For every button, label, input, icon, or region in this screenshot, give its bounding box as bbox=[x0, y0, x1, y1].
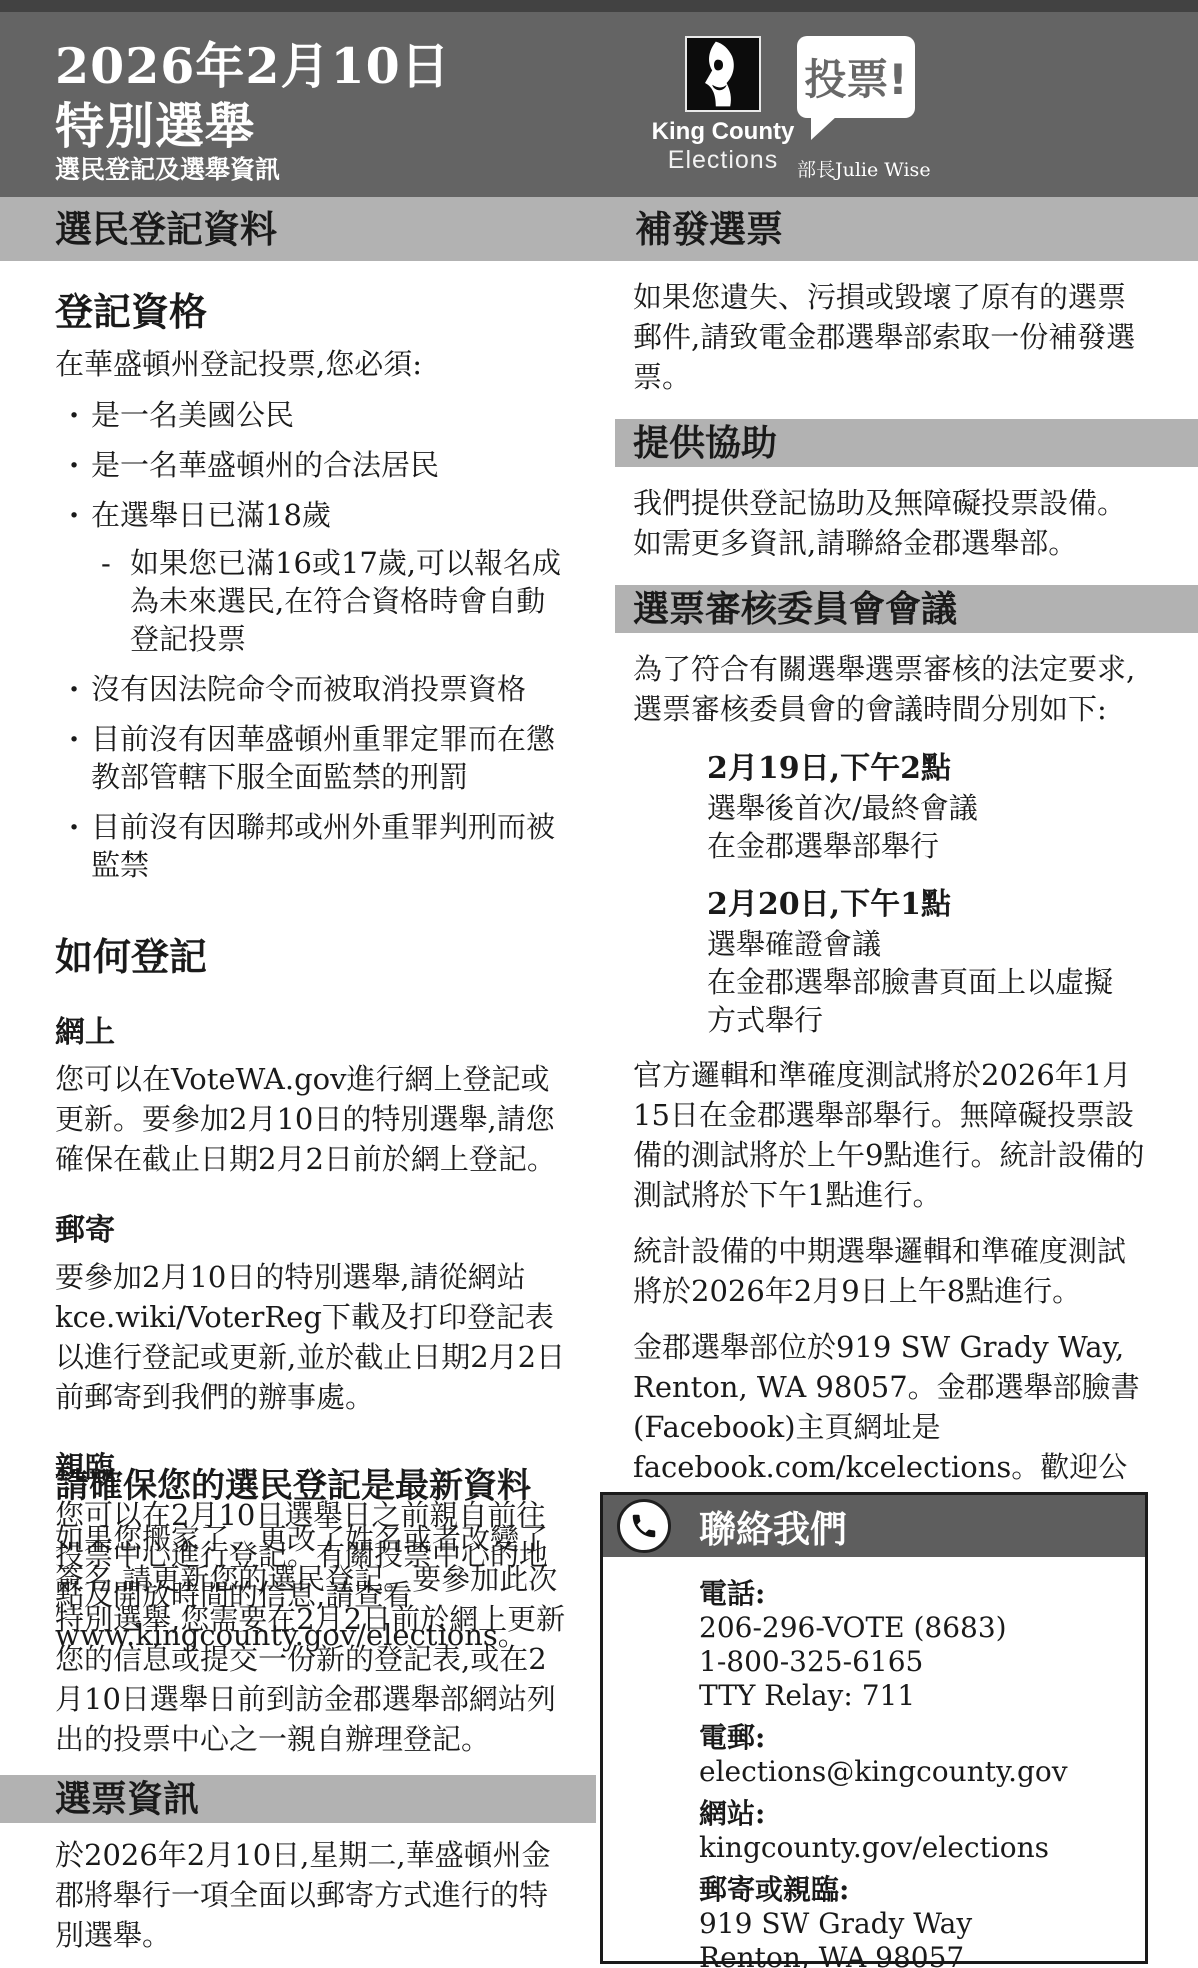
meeting-description: 選舉確證會議 bbox=[707, 925, 1131, 963]
assistance-text: 我們提供登記協助及無障礙投票設備。如需更多資訊,請聯絡金郡選舉部。 bbox=[633, 483, 1149, 563]
list-item: 是一名美國公民 bbox=[55, 396, 571, 434]
section-title-replacement-ballots: 補發選票 bbox=[635, 197, 783, 261]
keep-current-heading: 請確保您的選民登記是最新資料 bbox=[55, 1458, 596, 1507]
list-item: 在選舉日已滿18歲 bbox=[55, 496, 571, 534]
online-text: 您可以在VoteWA.gov進行網上登記或更新。要參加2月10日的特別選舉,請您… bbox=[55, 1059, 571, 1179]
section-title-voter-registration-info: 選民登記資料 bbox=[55, 197, 277, 261]
keep-current-text: 如果您搬家了、更改了姓名或者改變了簽名,請更新您的選民登記。要參加此次特別選舉,… bbox=[55, 1519, 571, 1759]
page-subtitle: 選民登記及選舉資訊 bbox=[55, 150, 280, 186]
contact-us-title: 聯絡我們 bbox=[699, 1499, 847, 1553]
director-name: 部長Julie Wise bbox=[797, 155, 967, 182]
contact-box: 聯絡我們 電話: 206-296-VOTE (8683) 1-800-325-6… bbox=[600, 1492, 1148, 1964]
meeting-entry: 2月20日,下午1點 選舉確證會議 在金郡選舉部臉書頁面上以虛擬方式舉行 bbox=[707, 885, 1131, 1039]
list-item: 是一名華盛頓州的合法居民 bbox=[55, 446, 571, 484]
flyer-page: 2026年2月10日 特別選舉 選民登記及選舉資訊 King County El… bbox=[0, 0, 1198, 1968]
phone-number: 206-296-VOTE (8683) bbox=[699, 1611, 1135, 1645]
meeting-datetime: 2月19日,下午2點 bbox=[707, 749, 1131, 789]
left-column: 登記資格 在華盛頓州登記投票,您必須: 是一名美國公民 是一名華盛頓州的合法居民… bbox=[55, 261, 571, 1655]
section-title-ballot-info: 選票資訊 bbox=[0, 1775, 596, 1823]
vote-speech-bubble: 投票! bbox=[797, 36, 915, 118]
right-column: 如果您遺失、污損或毀壞了原有的選票郵件,請致電金郡選舉部索取一份補發選票。 提供… bbox=[615, 261, 1198, 1567]
list-item: 目前沒有因華盛頓州重罪定罪而在懲教部管轄下服全面監禁的刑罰 bbox=[55, 720, 571, 796]
replacement-ballots-text: 如果您遺失、污損或毀壞了原有的選票郵件,請致電金郡選舉部索取一份補發選票。 bbox=[633, 277, 1149, 397]
phone-number: 1-800-325-6165 bbox=[699, 1645, 1135, 1679]
phone-icon bbox=[617, 1499, 671, 1553]
website-url: kingcounty.gov/elections bbox=[699, 1831, 1135, 1865]
tty-relay: TTY Relay: 711 bbox=[699, 1679, 1135, 1713]
eligibility-intro: 在華盛頓州登記投票,您必須: bbox=[55, 344, 571, 384]
logo-wordmark-elections: Elections bbox=[642, 146, 804, 175]
mail-heading: 郵寄 bbox=[55, 1205, 571, 1249]
midterm-test-text: 統計設備的中期選舉邏輯和準確度測試將於2026年2月9日上午8點進行。 bbox=[633, 1231, 1149, 1311]
ballot-info-text: 於2026年2月10日,星期二,華盛頓州金郡將舉行一項全面以郵寄方式進行的特別選… bbox=[55, 1835, 571, 1955]
address-line: 919 SW Grady Way bbox=[699, 1907, 1135, 1941]
list-item: 目前沒有因聯邦或州外重罪判刑而被監禁 bbox=[55, 808, 571, 884]
meeting-description: 選舉後首次/最終會議 bbox=[707, 789, 1131, 827]
how-to-register-heading: 如何登記 bbox=[55, 926, 571, 981]
section-title-canvassing-board: 選票審核委員會會議 bbox=[615, 585, 1198, 633]
contact-header-bar: 聯絡我們 bbox=[603, 1495, 1145, 1557]
email-address: elections@kingcounty.gov bbox=[699, 1755, 1135, 1789]
section-bar-row: 選民登記資料 補發選票 bbox=[0, 197, 1198, 261]
phone-label: 電話: bbox=[699, 1577, 1135, 1611]
meeting-location: 在金郡選舉部臉書頁面上以虛擬方式舉行 bbox=[707, 963, 1131, 1039]
section-title-assistance: 提供協助 bbox=[615, 419, 1198, 467]
king-county-logo-icon bbox=[685, 36, 761, 112]
page-title-election: 特別選舉 bbox=[55, 88, 255, 158]
canvassing-intro: 為了符合有關選舉選票審核的法定要求,選票審核委員會的會議時間分別如下: bbox=[633, 649, 1149, 729]
meeting-location: 在金郡選舉部舉行 bbox=[707, 827, 1131, 865]
meeting-datetime: 2月20日,下午1點 bbox=[707, 885, 1131, 925]
email-label: 電郵: bbox=[699, 1721, 1135, 1755]
list-item: 沒有因法院命令而被取消投票資格 bbox=[55, 670, 571, 708]
list-sub-item: 如果您已滿16或17歲,可以報名成為未來選民,在符合資格時會自動登記投票 bbox=[55, 544, 571, 658]
eligibility-bullet-list: 是一名美國公民 是一名華盛頓州的合法居民 在選舉日已滿18歲 如果您已滿16或1… bbox=[55, 396, 571, 884]
contact-body: 電話: 206-296-VOTE (8683) 1-800-325-6165 T… bbox=[603, 1557, 1145, 1968]
website-label: 網站: bbox=[699, 1797, 1135, 1831]
bottom-left-section: 請確保您的選民登記是最新資料 如果您搬家了、更改了姓名或者改變了簽名,請更新您的… bbox=[0, 1458, 596, 1955]
mail-text: 要參加2月10日的特別選舉,請從網站kce.wiki/VoterReg下載及打印… bbox=[55, 1257, 571, 1417]
logo-wordmark-king-county: King County bbox=[642, 118, 804, 146]
logic-accuracy-test-text: 官方邏輯和準確度測試將於2026年1月15日在金郡選舉部舉行。無障礙投票設備的測… bbox=[633, 1055, 1149, 1215]
address-line: Renton, WA 98057 bbox=[699, 1941, 1135, 1968]
online-heading: 網上 bbox=[55, 1007, 571, 1051]
speech-bubble-tail bbox=[811, 116, 837, 140]
meeting-entry: 2月19日,下午2點 選舉後首次/最終會議 在金郡選舉部舉行 bbox=[707, 749, 1131, 865]
mail-or-visit-label: 郵寄或親臨: bbox=[699, 1873, 1135, 1907]
header-banner: 2026年2月10日 特別選舉 選民登記及選舉資訊 King County El… bbox=[0, 0, 1198, 197]
eligibility-heading: 登記資格 bbox=[55, 281, 571, 336]
top-edge-strip bbox=[0, 0, 1198, 12]
king-county-logo: King County Elections bbox=[642, 36, 804, 175]
vote-bubble-text: 投票! bbox=[804, 47, 907, 107]
